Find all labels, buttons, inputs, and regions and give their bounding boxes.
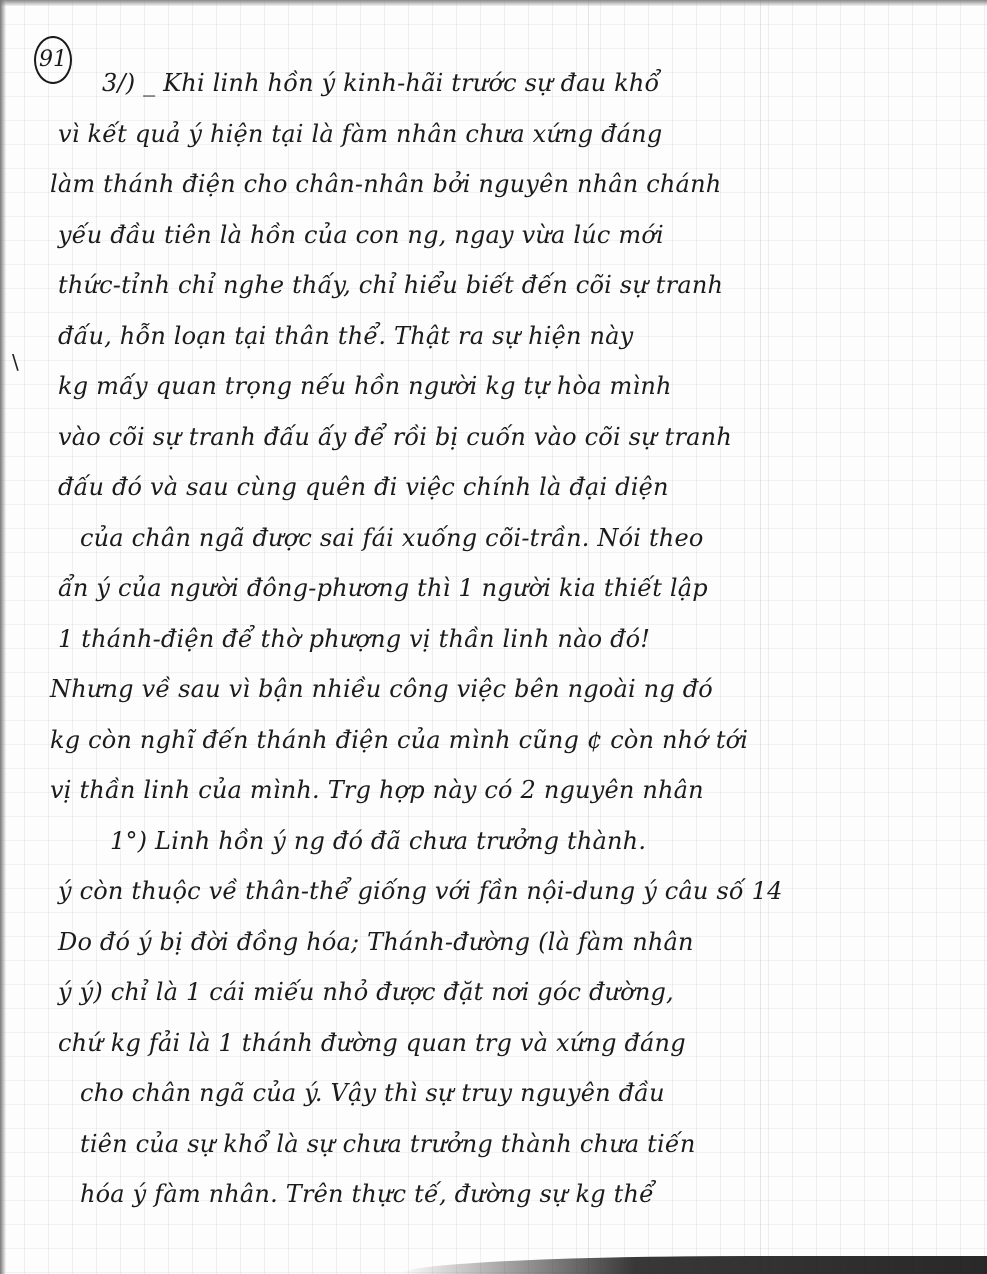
text-line: vị thần linh của mình. Trg hợp này có 2 … — [30, 765, 960, 816]
text-line: làm thánh điện cho chân-nhân bởi nguyên … — [30, 159, 960, 210]
text-line: ý còn thuộc về thân-thể giống với fần nộ… — [30, 866, 960, 917]
text-line: Do đó ý bị đời đồng hóa; Thánh-đường (là… — [30, 917, 960, 968]
page-top-edge — [0, 0, 987, 6]
text-line: ẩn ý của người đông-phương thì 1 người k… — [30, 563, 960, 614]
text-line: kg còn nghĩ đến thánh điện của mình cũng… — [30, 715, 960, 766]
text-line: đấu đó và sau cùng quên đi việc chính là… — [30, 462, 960, 513]
numbered-subheading: 1°) Linh hồn ý ng đó đã chưa trưởng thàn… — [30, 816, 960, 867]
text-line: chứ kg fải là 1 thánh đường quan trg và … — [30, 1018, 960, 1069]
text-line: Nhưng về sau vì bận nhiều công việc bên … — [30, 664, 960, 715]
text-line: thức-tỉnh chỉ nghe thấy, chỉ hiểu biết đ… — [30, 260, 960, 311]
text-line: vì kết quả ý hiện tại là fàm nhân chưa x… — [30, 109, 960, 160]
text-line: hóa ý fàm nhân. Trên thực tế, đường sự k… — [30, 1169, 960, 1220]
text-line: của chân ngã được sai fái xuống cõi-trần… — [30, 513, 960, 564]
text-line: yếu đầu tiên là hồn của con ng, ngay vừa… — [30, 210, 960, 261]
text-line: đấu, hỗn loạn tại thân thể. Thật ra sự h… — [30, 311, 960, 362]
notebook-page: 91 \ 3/) _ Khi linh hồn ý kinh-hãi trước… — [0, 0, 987, 1274]
handwritten-text-block: 3/) _ Khi linh hồn ý kinh-hãi trước sự đ… — [30, 58, 960, 1220]
text-line: kg mấy quan trọng nếu hồn người kg tự hò… — [30, 361, 960, 412]
text-line: cho chân ngã của ý. Vậy thì sự truy nguy… — [30, 1068, 960, 1119]
text-line: ý ý) chỉ là 1 cái miếu nhỏ được đặt nơi … — [30, 967, 960, 1018]
section-heading: 3/) _ Khi linh hồn ý kinh-hãi trước sự đ… — [30, 58, 960, 109]
text-line: 1 thánh-điện để thờ phượng vị thần linh … — [30, 614, 960, 665]
page-left-edge — [0, 0, 6, 1274]
text-line: vào cõi sự tranh đấu ấy để rồi bị cuốn v… — [30, 412, 960, 463]
page-bottom-shadow — [400, 1256, 987, 1274]
text-line: tiên của sự khổ là sự chưa trưởng thành … — [30, 1119, 960, 1170]
margin-mark: \ — [12, 350, 19, 374]
